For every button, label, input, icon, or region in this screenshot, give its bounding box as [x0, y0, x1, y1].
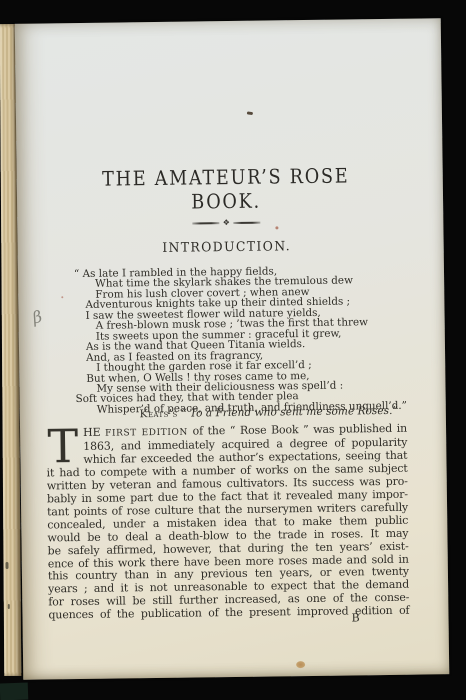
paper-speck	[275, 226, 278, 229]
book-title: THE AMATEUR’S ROSE BOOK.	[65, 163, 388, 215]
section-heading: INTRODUCTION.	[53, 238, 401, 258]
paper-fleck	[247, 111, 253, 115]
poem-quote: “ As late I rambled in the happy fields,…	[74, 265, 410, 416]
paragraph-lines: 1863, and immediately acquired a degree …	[46, 437, 409, 623]
book-cover-corner	[0, 683, 28, 700]
paper-stain	[296, 661, 305, 668]
opening-smallcaps: FIRST EDITION	[105, 428, 188, 439]
intro-paragraph: T HE FIRST EDITION of the “ Rose Book ” …	[46, 423, 410, 623]
page-content: THE AMATEUR’S ROSE BOOK. ❖ INTRODUCTION.…	[41, 19, 416, 680]
attribution-author: Keats’s	[140, 408, 178, 420]
signature-mark: B	[351, 611, 359, 624]
attribution-work: “ To a Friend who sent me some Roses.”	[181, 405, 398, 420]
opening-caps: HE	[83, 426, 100, 439]
edge-mark	[5, 562, 8, 569]
pencil-annotation: β	[30, 307, 44, 328]
divider-ornament: ❖	[43, 217, 409, 230]
edge-mark	[8, 604, 10, 609]
drop-cap-initial: T	[46, 428, 79, 466]
photo-background: { "palette": { "background": "#070707", …	[0, 0, 466, 700]
ornament-rule-left	[193, 222, 220, 224]
paper-speck	[61, 296, 63, 298]
book-page: THE AMATEUR’S ROSE BOOK. ❖ INTRODUCTION.…	[15, 18, 450, 680]
fleuron-icon: ❖	[223, 219, 230, 227]
ornament-rule-right	[233, 222, 260, 224]
